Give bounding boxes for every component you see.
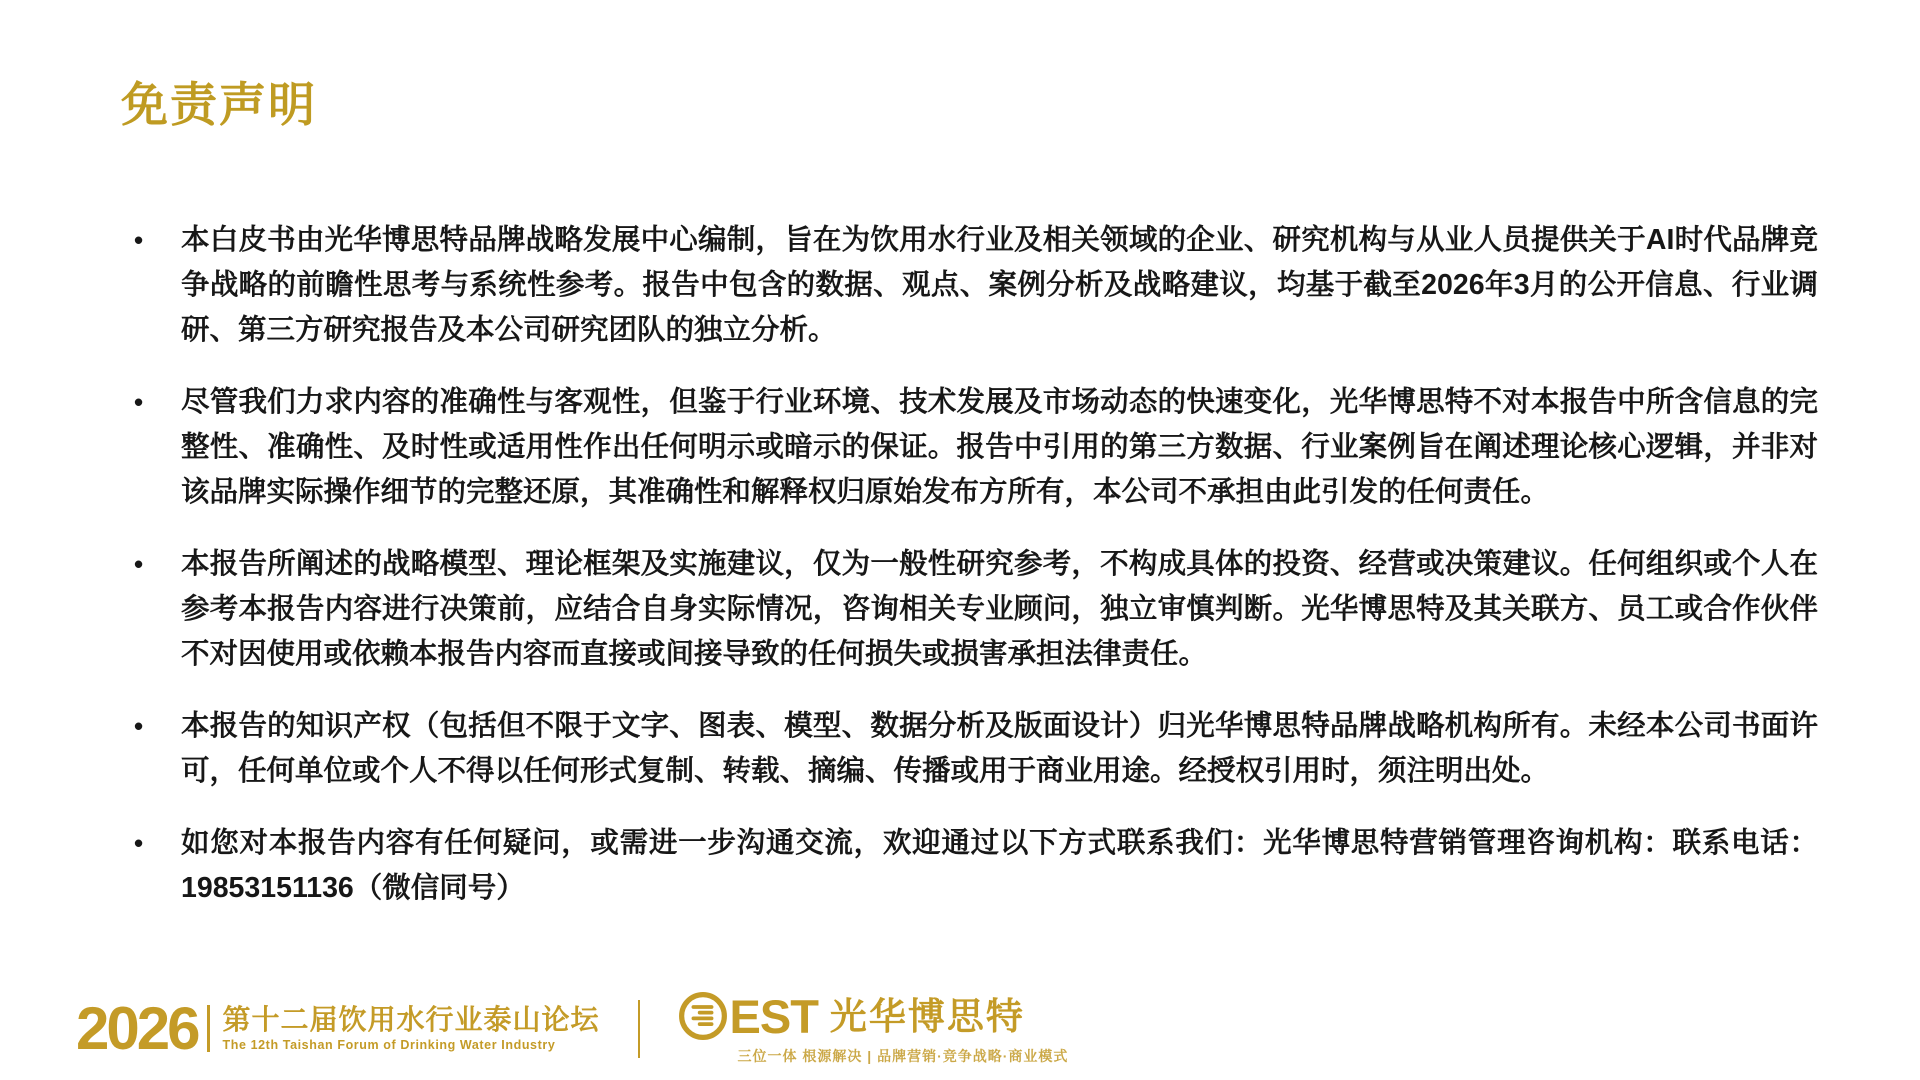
page-title: 免责声明 bbox=[121, 68, 317, 135]
footer: 2026 第十二届饮用水行业泰山论坛 The 12th Taishan Foru… bbox=[76, 991, 1068, 1066]
disclaimer-item-2: 尽管我们力求内容的准确性与客观性，但鉴于行业环境、技术发展及市场动态的快速变化，… bbox=[128, 380, 1818, 515]
disclaimer-list: 本白皮书由光华博思特品牌战略发展中心编制，旨在为饮用水行业及相关领域的企业、研究… bbox=[128, 218, 1818, 938]
forum-logo-block: 第十二届饮用水行业泰山论坛 The 12th Taishan Forum of … bbox=[207, 1005, 599, 1053]
disclaimer-item-3: 本报告所阐述的战略模型、理论框架及实施建议，仅为一般性研究参考，不构成具体的投资… bbox=[128, 542, 1818, 677]
forum-title-en: The 12th Taishan Forum of Drinking Water… bbox=[222, 1038, 599, 1052]
brand-logo-block: EST 光华博思特 三位一体 根源解决 | 品牌营销·竞争战略·商业模式 bbox=[678, 991, 1069, 1066]
disclaimer-item-4: 本报告的知识产权（包括但不限于文字、图表、模型、数据分析及版面设计）归光华博思特… bbox=[128, 704, 1818, 794]
forum-year-logo: 2026 bbox=[76, 999, 197, 1059]
brand-tagline: 三位一体 根源解决 | 品牌营销·竞争战略·商业模式 bbox=[678, 1046, 1069, 1066]
forum-title-cn: 第十二届饮用水行业泰山论坛 bbox=[222, 1005, 599, 1036]
brand-logo-text: EST bbox=[730, 993, 818, 1040]
disclaimer-item-1: 本白皮书由光华博思特品牌战略发展中心编制，旨在为饮用水行业及相关领域的企业、研究… bbox=[128, 218, 1818, 353]
disclaimer-slide: 免责声明 本白皮书由光华博思特品牌战略发展中心编制，旨在为饮用水行业及相关领域的… bbox=[0, 0, 1920, 1080]
brand-name-cn: 光华博思特 bbox=[830, 998, 1025, 1035]
best-logo-icon bbox=[678, 991, 728, 1041]
footer-divider bbox=[638, 1000, 640, 1058]
brand-logo-row: EST 光华博思特 bbox=[678, 991, 1069, 1041]
disclaimer-item-5: 如您对本报告内容有任何疑问，或需进一步沟通交流，欢迎通过以下方式联系我们：光华博… bbox=[128, 821, 1818, 911]
